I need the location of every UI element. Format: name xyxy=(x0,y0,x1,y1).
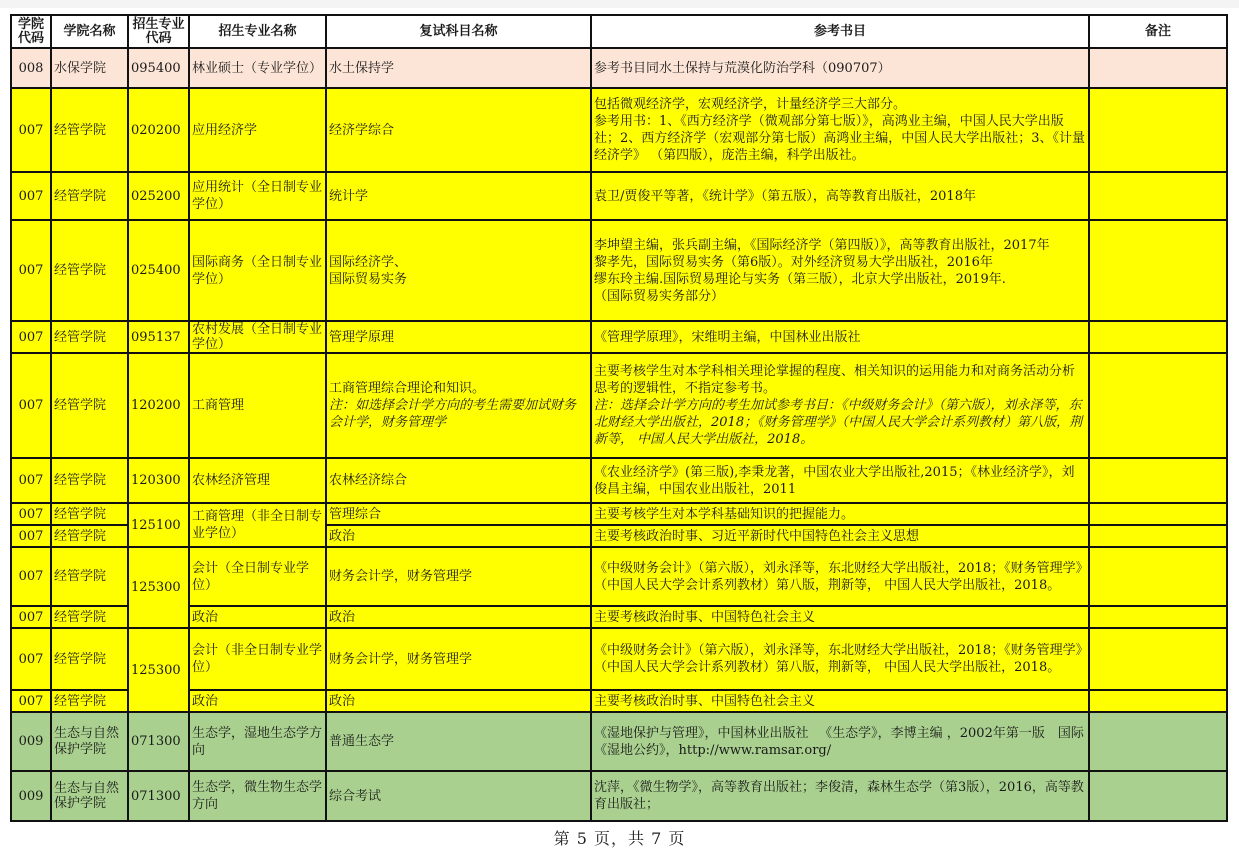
major-code-cell: 025200 xyxy=(128,172,189,220)
college-code-cell: 007 xyxy=(11,458,51,503)
top-band xyxy=(0,0,1239,8)
college-name-cell: 经管学院 xyxy=(51,606,128,628)
remarks-cell xyxy=(1089,353,1227,458)
major-code-cell: 120300 xyxy=(128,458,189,503)
college-code-cell: 009 xyxy=(11,712,51,771)
exam-subject-cell: 农林经济综合 xyxy=(326,458,591,503)
header-major-code: 招生专业代码 xyxy=(128,15,189,48)
major-code-cell: 025400 xyxy=(128,220,189,321)
exam-subject-cell: 水土保持学 xyxy=(326,48,591,88)
exam-subject-cell: 管理学原理 xyxy=(326,321,591,353)
college-code-cell: 007 xyxy=(11,628,51,690)
table-header-row: 学院代码 学院名称 招生专业代码 招生专业名称 复试科目名称 参考书目 备注 xyxy=(11,15,1227,48)
major-code-cell: 071300 xyxy=(128,771,189,821)
reference-books-cell: 包括微观经济学，宏观经济学，计量经济学三大部分。 参考用书：1、《西方经济学（微… xyxy=(591,88,1089,172)
table-row: 007 经管学院 120300 农林经济管理 农林经济综合 《农业经济学》(第三… xyxy=(11,458,1227,503)
reference-books-cell: 主要考核政治时事、习近平新时代中国特色社会主义思想 xyxy=(591,525,1089,547)
reference-books-cell: 《湿地保护与管理》，中国林业出版社 《生态学》，李博主编 ，2002年第一版 国… xyxy=(591,712,1089,771)
exam-subject-cell: 经济学综合 xyxy=(326,88,591,172)
college-code-cell: 007 xyxy=(11,525,51,547)
college-code-cell: 007 xyxy=(11,353,51,458)
exam-subject-cell: 综合考试 xyxy=(326,771,591,821)
exam-subject-cell: 国际经济学、 国际贸易实务 xyxy=(326,220,591,321)
major-code-cell: 125300 xyxy=(128,628,189,712)
college-name-cell: 经管学院 xyxy=(51,172,128,220)
major-code-cell: 120200 xyxy=(128,353,189,458)
header-remarks: 备注 xyxy=(1089,15,1227,48)
college-code-cell: 007 xyxy=(11,88,51,172)
exam-subject-cell: 政治 xyxy=(326,690,591,712)
exam-subject-cell: 工商管理综合理论和知识。 注：如选择会计学方向的考生需要加试财务会计学，财务管理… xyxy=(326,353,591,458)
college-code-cell: 007 xyxy=(11,220,51,321)
exam-subject-note: 注：如选择会计学方向的考生需要加试财务会计学，财务管理学 xyxy=(329,397,588,431)
major-name-cell: 林业硕士（专业学位） xyxy=(189,48,326,88)
major-name-cell: 应用统计（全日制专业学位） xyxy=(189,172,326,220)
college-name-cell: 生态与自然保护学院 xyxy=(51,712,128,771)
remarks-cell xyxy=(1089,220,1227,321)
college-code-cell: 007 xyxy=(11,321,51,353)
college-code-cell: 007 xyxy=(11,172,51,220)
college-code-cell: 008 xyxy=(11,48,51,88)
remarks-cell xyxy=(1089,712,1227,771)
table-row: 008 水保学院 095400 林业硕士（专业学位） 水土保持学 参考书目同水土… xyxy=(11,48,1227,88)
reference-books-cell: 《中级财务会计》（第六版），刘永泽等，东北财经大学出版社，2018；《财务管理学… xyxy=(591,547,1089,606)
reference-books-cell: 沈萍，《微生物学》，高等教育出版社；李俊清，森林生态学（第3版），2016，高等… xyxy=(591,771,1089,821)
table-row: 007 经管学院 125300 会计（全日制专业学位） 财务会计学，财务管理学 … xyxy=(11,547,1227,606)
major-name-cell: 政治 xyxy=(189,690,326,712)
table-row: 007 经管学院 125100 工商管理（非全日制专业学位） 管理综合 主要考核… xyxy=(11,503,1227,525)
remarks-cell xyxy=(1089,525,1227,547)
major-code-cell: 125300 xyxy=(128,547,189,628)
major-name-cell: 国际商务（全日制专业学位） xyxy=(189,220,326,321)
reference-books-cell: 袁卫/贾俊平等著，《统计学》（第五版），高等教育出版社，2018年 xyxy=(591,172,1089,220)
table-row: 007 经管学院 125300 会计（非全日制专业学位） 财务会计学，财务管理学… xyxy=(11,628,1227,690)
college-name-cell: 经管学院 xyxy=(51,321,128,353)
college-name-cell: 经管学院 xyxy=(51,525,128,547)
college-name-cell: 经管学院 xyxy=(51,458,128,503)
major-code-cell: 095137 xyxy=(128,321,189,353)
remarks-cell xyxy=(1089,48,1227,88)
reference-books-cell: 《农业经济学》(第三版),李秉龙著，中国农业大学出版社,2015；《林业经济学》… xyxy=(591,458,1089,503)
table-row: 009 生态与自然保护学院 071300 生态学，微生物生态学方向 综合考试 沈… xyxy=(11,771,1227,821)
reference-books-cell: 主要考核政治时事、中国特色社会主义 xyxy=(591,690,1089,712)
college-name-cell: 经管学院 xyxy=(51,88,128,172)
header-college-code: 学院代码 xyxy=(11,15,51,48)
college-name-cell: 经管学院 xyxy=(51,353,128,458)
remarks-cell xyxy=(1089,321,1227,353)
exam-subject-cell: 财务会计学，财务管理学 xyxy=(326,628,591,690)
college-name-cell: 经管学院 xyxy=(51,628,128,690)
admission-table: 学院代码 学院名称 招生专业代码 招生专业名称 复试科目名称 参考书目 备注 0… xyxy=(10,14,1228,822)
college-name-cell: 经管学院 xyxy=(51,690,128,712)
reference-books-cell: 参考书目同水土保持与荒漠化防治学科（090707） xyxy=(591,48,1089,88)
remarks-cell xyxy=(1089,606,1227,628)
major-name-cell: 生态学，微生物生态学方向 xyxy=(189,771,326,821)
major-code-cell: 095400 xyxy=(128,48,189,88)
exam-subject-cell: 普通生态学 xyxy=(326,712,591,771)
college-code-cell: 007 xyxy=(11,690,51,712)
reference-books-cell: 主要考核学生对本学科相关理论掌握的程度、相关知识的运用能力和对商务活动分析思考的… xyxy=(591,353,1089,458)
header-college-name: 学院名称 xyxy=(51,15,128,48)
major-name-cell: 会计（全日制专业学位） xyxy=(189,547,326,606)
remarks-cell xyxy=(1089,547,1227,606)
exam-subject-cell: 政治 xyxy=(326,606,591,628)
reference-books-cell: 李坤望主编，张兵副主编，《国际经济学（第四版）》，高等教育出版社，2017年 黎… xyxy=(591,220,1089,321)
reference-books-cell: 《中级财务会计》（第六版），刘永泽等，东北财经大学出版社，2018；《财务管理学… xyxy=(591,628,1089,690)
college-name-cell: 经管学院 xyxy=(51,220,128,321)
major-name-cell: 农村发展（全日制专业学位） xyxy=(189,321,326,353)
table-row: 007 经管学院 095137 农村发展（全日制专业学位） 管理学原理 《管理学… xyxy=(11,321,1227,353)
remarks-cell xyxy=(1089,690,1227,712)
remarks-cell xyxy=(1089,628,1227,690)
reference-books-cell: 主要考核学生对本学科基础知识的把握能力。 xyxy=(591,503,1089,525)
table-row: 009 生态与自然保护学院 071300 生态学，湿地生态学方向 普通生态学 《… xyxy=(11,712,1227,771)
college-name-cell: 经管学院 xyxy=(51,547,128,606)
college-code-cell: 007 xyxy=(11,606,51,628)
header-exam-subject: 复试科目名称 xyxy=(326,15,591,48)
table-row: 007 经管学院 政治 政治 主要考核政治时事、中国特色社会主义 xyxy=(11,606,1227,628)
remarks-cell xyxy=(1089,88,1227,172)
major-name-cell: 政治 xyxy=(189,606,326,628)
reference-books-cell: 主要考核政治时事、中国特色社会主义 xyxy=(591,606,1089,628)
table-row: 007 经管学院 120200 工商管理 工商管理综合理论和知识。 注：如选择会… xyxy=(11,353,1227,458)
reference-books-text: 主要考核学生对本学科相关理论掌握的程度、相关知识的运用能力和对商务活动分析思考的… xyxy=(594,363,1086,397)
major-name-cell: 工商管理 xyxy=(189,353,326,458)
exam-subject-cell: 管理综合 xyxy=(326,503,591,525)
exam-subject-text: 工商管理综合理论和知识。 xyxy=(329,380,588,397)
college-name-cell: 水保学院 xyxy=(51,48,128,88)
header-reference-books: 参考书目 xyxy=(591,15,1089,48)
page-number-footer: 第 5 页，共 7 页 xyxy=(0,826,1239,849)
college-code-cell: 007 xyxy=(11,547,51,606)
table-row: 007 经管学院 020200 应用经济学 经济学综合 包括微观经济学，宏观经济… xyxy=(11,88,1227,172)
major-code-cell: 020200 xyxy=(128,88,189,172)
major-code-cell: 125100 xyxy=(128,503,189,547)
major-name-cell: 工商管理（非全日制专业学位） xyxy=(189,503,326,547)
exam-subject-cell: 政治 xyxy=(326,525,591,547)
header-major-name: 招生专业名称 xyxy=(189,15,326,48)
table-row: 007 经管学院 025400 国际商务（全日制专业学位） 国际经济学、 国际贸… xyxy=(11,220,1227,321)
table-row: 007 经管学院 025200 应用统计（全日制专业学位） 统计学 袁卫/贾俊平… xyxy=(11,172,1227,220)
major-name-cell: 生态学，湿地生态学方向 xyxy=(189,712,326,771)
remarks-cell xyxy=(1089,172,1227,220)
major-name-cell: 农林经济管理 xyxy=(189,458,326,503)
remarks-cell xyxy=(1089,458,1227,503)
remarks-cell xyxy=(1089,771,1227,821)
reference-books-cell: 《管理学原理》，宋维明主编，中国林业出版社 xyxy=(591,321,1089,353)
table-row: 007 经管学院 政治 政治 主要考核政治时事、中国特色社会主义 xyxy=(11,690,1227,712)
exam-subject-cell: 财务会计学，财务管理学 xyxy=(326,547,591,606)
exam-subject-cell: 统计学 xyxy=(326,172,591,220)
major-name-cell: 会计（非全日制专业学位） xyxy=(189,628,326,690)
reference-books-note: 注：选择会计学方向的考生加试参考书目：《中级财务会计》（第六版），刘永泽等，东北… xyxy=(594,397,1086,448)
remarks-cell xyxy=(1089,503,1227,525)
major-name-cell: 应用经济学 xyxy=(189,88,326,172)
college-code-cell: 007 xyxy=(11,503,51,525)
major-code-cell: 071300 xyxy=(128,712,189,771)
college-name-cell: 经管学院 xyxy=(51,503,128,525)
college-code-cell: 009 xyxy=(11,771,51,821)
college-name-cell: 生态与自然保护学院 xyxy=(51,771,128,821)
